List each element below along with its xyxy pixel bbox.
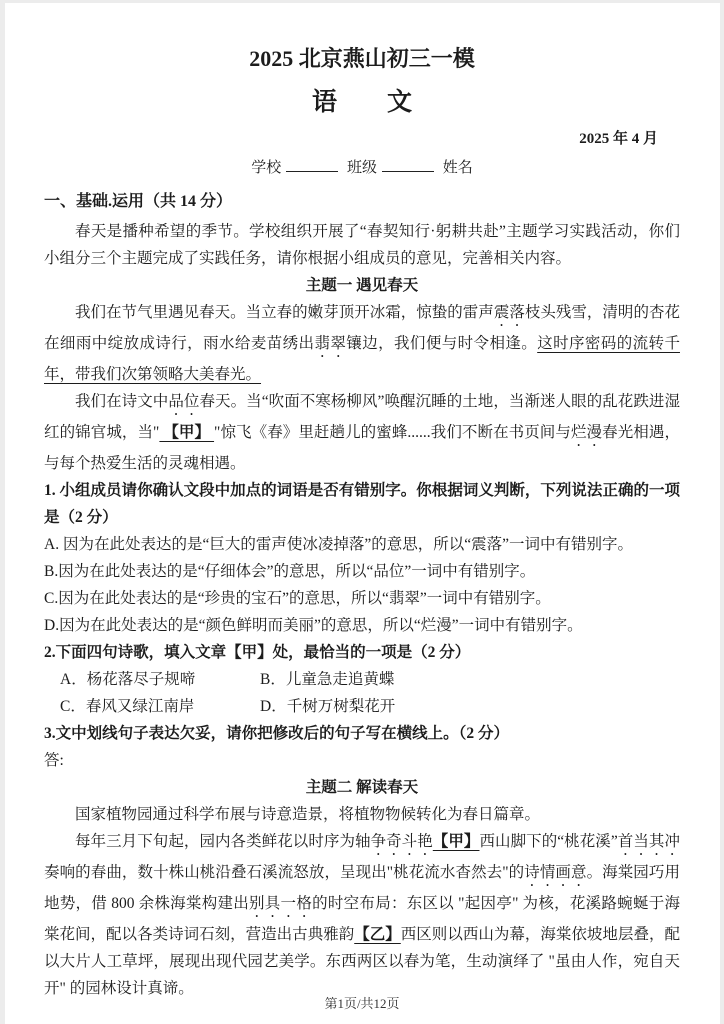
text-run: 奏响的春曲，数十株山桃沿叠石溪流怒放，呈现出"桃花流水杳然去"的 [44,864,524,881]
text-run: 【甲】 [159,424,214,441]
text-run: "惊飞《春》里赶趟儿的蜜蜂......我们不断在书页间与 [214,424,571,441]
class-blank-line [382,157,434,172]
text-run: 我们在诗文中 [75,393,168,410]
text-run: D.因为在此处表达的是“颜色鲜明而美丽”的意思，所以“烂漫”一词中有错别字。 [44,617,583,634]
text-run: 翡翠 [314,335,346,352]
question-2-options-row-1: A．杨花落尽子规啼B．儿童急走追黄蝶 [44,666,680,693]
class-label: 班级 [347,160,377,176]
text-run: A. 因为在此处表达的是“巨大的雷声使冰凌掉落”的意思，所以“震落”一词中有错别… [44,536,633,553]
page-number: 第1页/共12页 [0,993,724,1012]
page-edge-top [0,0,724,3]
text-run: 诗情画意 [524,864,586,881]
intro-paragraph: 春天是播种希望的季节。学校组织开展了“春契知行·躬耕共赴”主题学习实践活动，你们… [44,218,680,272]
text-run: 国家植物园通过科学布展与诗意造景，将植物物候转化为春日篇章。 [75,806,540,823]
text-run: 3.文中划线句子表达欠妥，请你把修改后的句子写在横线上。（2 分） [44,725,509,742]
text-run: 镶边，我们便与时令相逢。 [346,335,537,352]
question-1-stem: 1. 小组成员请你确认文段中加点的词语是否有错别字。你根据词义判断，下列说法正确… [44,477,680,531]
text-run: 别具一格 [249,895,312,912]
text-run: B．儿童急走追黄蝶 [260,671,394,688]
page-title: 2025 北京燕山初三一模 [44,44,680,74]
text-run: A．杨花落尽子规啼 [60,666,260,693]
text-run: 2.下面四句诗歌，填入文章【甲】处，最恰当的一项是（2 分） [44,644,470,661]
text-run: 主题二 解读春天 [306,779,418,796]
text-run: 【甲】 [433,833,480,850]
question-1-option-b: B.因为在此处表达的是“仔细体会”的意思，所以“品位”一词中有错别字。 [44,558,680,585]
exam-page: 2025 北京燕山初三一模 语 文 2025 年 4 月 学校 班级 姓名 一、… [0,0,724,1024]
paragraph-solar-terms: 我们在节气里遇见春天。当立春的嫩芽顶开冰霜，惊蛰的雷声震落枝头残雪，清明的杏花在… [44,299,680,388]
text-run: D．千树万树梨花开 [260,698,395,715]
paragraph-garden-intro: 国家植物园通过科学布展与诗意造景，将植物物候转化为春日篇章。 [44,801,680,828]
paragraph-poetry: 我们在诗文中品位春天。当“吹面不寒杨柳风”唤醒沉睡的土地，当渐迷人眼的乱花跌进湿… [44,388,680,477]
text-run: 争奇斗艳 [371,833,433,850]
question-1-option-d: D.因为在此处表达的是“颜色鲜明而美丽”的意思，所以“烂漫”一词中有错别字。 [44,612,680,639]
question-2-options-row-2: C．春风又绿江南岸D．千树万树梨花开 [44,693,680,720]
student-info-line: 学校 班级 姓名 [44,156,680,180]
subject-title: 语 文 [44,86,680,120]
text-run: 每年三月下旬起，园内各类鲜花以时序为轴 [75,833,371,850]
text-run: 主题一 遇见春天 [306,277,418,294]
name-label: 姓名 [443,160,473,176]
section-heading: 一、基础.运用（共 14 分） [44,188,680,216]
text-run: 春天是播种希望的季节。学校组织开展了“春契知行·躬耕共赴”主题学习实践活动，你们… [44,223,680,267]
paragraph-garden-detail: 每年三月下旬起，园内各类鲜花以时序为轴争奇斗艳【甲】西山脚下的“桃花溪”首当其冲… [44,828,680,1002]
text-run: 震落 [494,304,525,321]
text-run: C.因为在此处表达的是“珍贵的宝石”的意思，所以“翡翠”一词中有错别字。 [44,590,551,607]
text-run: 首当其冲 [618,833,680,850]
school-label: 学校 [251,160,281,176]
theme2-heading: 主题二 解读春天 [44,774,680,801]
question-3-stem: 3.文中划线句子表达欠妥，请你把修改后的句子写在横线上。（2 分） [44,720,680,747]
text-run: 烂漫 [571,424,602,441]
text-run: 我们在节气里遇见春天。当立春的嫩芽顶开冰霜，惊蛰的雷声 [75,304,494,321]
question-1-option-a: A. 因为在此处表达的是“巨大的雷声使冰凌掉落”的意思，所以“震落”一词中有错别… [44,531,680,558]
text-run: 【乙】 [354,926,401,943]
text-run: 西山脚下的“桃花溪” [479,833,617,850]
theme1-heading: 主题一 遇见春天 [44,272,680,299]
text-run: 品位 [168,393,199,410]
text-run: C．春风又绿江南岸 [60,693,260,720]
page-edge-left [0,0,5,1024]
content-blocks: 春天是播种希望的季节。学校组织开展了“春契知行·躬耕共赴”主题学习实践活动，你们… [44,218,680,1002]
answer-label: 答: [44,747,680,774]
school-blank-line [286,157,338,172]
exam-date: 2025 年 4 月 [44,128,680,150]
question-1-option-c: C.因为在此处表达的是“珍贵的宝石”的意思，所以“翡翠”一词中有错别字。 [44,585,680,612]
text-run: B.因为在此处表达的是“仔细体会”的意思，所以“品位”一词中有错别字。 [44,563,535,580]
page-edge-right [720,0,724,1024]
question-2-stem: 2.下面四句诗歌，填入文章【甲】处，最恰当的一项是（2 分） [44,639,680,666]
text-run: 答: [44,752,64,769]
text-run: 1. 小组成员请你确认文段中加点的词语是否有错别字。你根据词义判断，下列说法正确… [44,482,680,526]
